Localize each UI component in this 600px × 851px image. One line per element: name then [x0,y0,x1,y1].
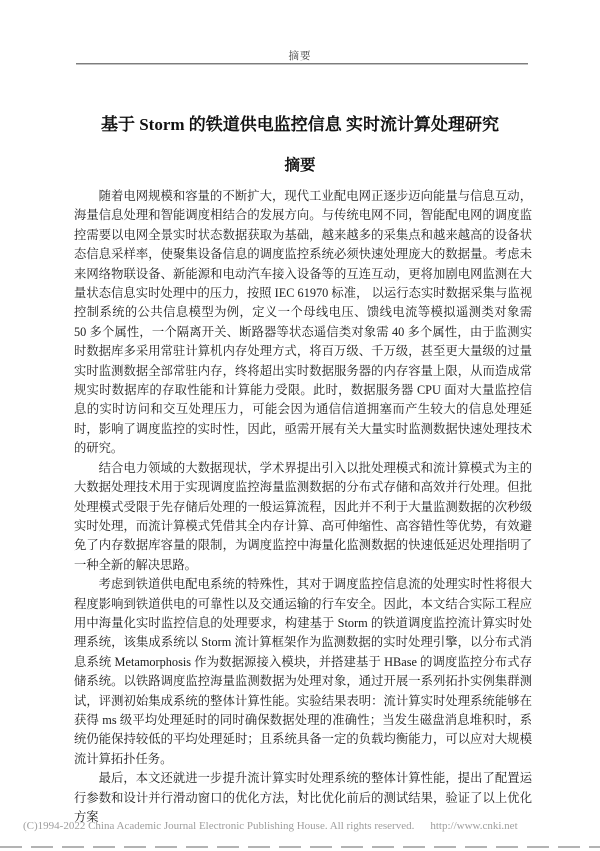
running-header: 摘要 [0,48,600,63]
document-page: 摘要 基于 Storm 的铁道供电监控信息 实时流计算处理研究 摘要 随着电网规… [0,0,600,851]
footer: (C)1994-2022 China Academic Journal Elec… [23,820,577,832]
abstract-paragraph: 考虑到铁道供电配电系统的特殊性，其对于调度监控信息流的处理实时性将很大程度影响到… [74,575,532,769]
abstract-body: 随着电网规模和容量的不断扩大，现代工业配电网正逐步迈向能量与信息互动，海量信息处… [74,187,532,827]
abstract-paragraph: 结合电力领域的大数据现状，学术界提出引入以批处理模式和流计算模式为主的大数据处理… [74,459,532,575]
footer-url: http://www.cnki.net [430,820,517,832]
page-number: I [0,788,600,800]
thesis-title: 基于 Storm 的铁道供电监控信息 实时流计算处理研究 [0,110,600,135]
abstract-heading: 摘要 [0,153,600,175]
page-boundary-dashed-divider [0,846,600,848]
header-rule-divider [76,63,528,65]
footer-copyright: (C)1994-2022 China Academic Journal Elec… [23,820,414,832]
abstract-paragraph: 随着电网规模和容量的不断扩大，现代工业配电网正逐步迈向能量与信息互动，海量信息处… [74,187,532,459]
